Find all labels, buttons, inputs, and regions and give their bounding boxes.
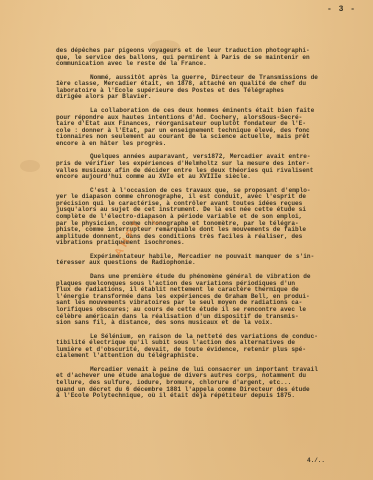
paragraph-8: Le Sélénium, en raison de la netteté des… <box>56 334 373 360</box>
text-line: encore à en hâter les progrès. <box>56 141 373 148</box>
paragraph-7: Dans une première étude du phénomène gén… <box>56 274 373 327</box>
continuation-mark: 4./.. <box>307 457 325 464</box>
page-number: - 3 - <box>327 5 356 14</box>
text-line: cialement l'attention du télégraphiste. <box>56 353 373 360</box>
paragraph-4: Quelques années auparavant, vers1872, Me… <box>56 154 373 180</box>
text-line: encore aujourd'hui comme au XVIe et au X… <box>56 174 373 181</box>
body-text: des dépêches par pigeons voyageurs et de… <box>56 48 373 407</box>
text-line: sion sans fil, à distance, des sons musi… <box>56 320 373 327</box>
text-line: à l'Ecole Polytechnique, où il était déj… <box>56 393 373 400</box>
paragraph-2: Nommé, aussitôt après la guerre, Directe… <box>56 75 373 101</box>
paragraph-1: des dépêches par pigeons voyageurs et de… <box>56 48 373 68</box>
paragraph-6: Expérimentateur habile, Mercadier ne pou… <box>56 254 373 267</box>
text-line: dirigée alors par Blavier. <box>56 94 373 101</box>
text-line: communication avec le reste de la France… <box>56 61 373 68</box>
text-line: téresser aux questions de Radiophonie. <box>56 260 373 267</box>
paper-stain <box>20 160 40 172</box>
paragraph-3: La collaboration de ces deux hommes émin… <box>56 108 373 148</box>
paragraph-9: Mercadier venait à peine de lui consacre… <box>56 367 373 400</box>
text-line: vibrations pratiquement isochrones. <box>56 240 373 247</box>
paragraph-5: C'est à l'occasion de ces travaux que, s… <box>56 188 373 247</box>
typewritten-page: - 3 - des dépêches par pigeons voyageurs… <box>0 0 373 480</box>
